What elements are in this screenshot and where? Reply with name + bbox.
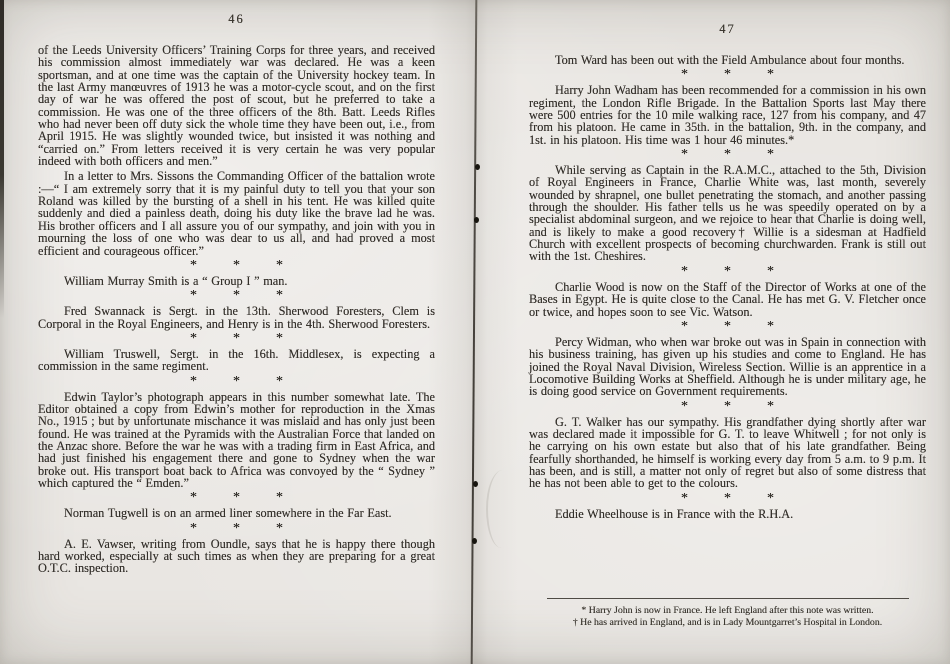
asterisk-separator: *** [38,261,435,271]
asterisk-icon: * [233,493,240,503]
footnote: † He has arrived in England, and is in L… [529,617,926,629]
asterisk-icon: * [276,377,283,387]
scan-edge-artifact [0,0,4,318]
paragraph: A. E. Vawser, writing from Oundle, says … [38,538,435,575]
binding-dot [474,217,479,223]
asterisk-separator: *** [529,322,926,332]
asterisk-icon: * [276,524,283,534]
asterisk-separator: *** [529,267,926,277]
asterisk-icon: * [724,267,731,277]
book-gutter-line [471,0,478,664]
page-number: 46 [38,12,435,27]
asterisk-icon: * [681,494,688,504]
asterisk-separator: *** [38,334,435,344]
asterisk-icon: * [233,261,240,271]
paragraph: William Murray Smith is a “ Group I ” ma… [38,275,435,287]
asterisk-separator: *** [38,493,435,503]
asterisk-icon: * [767,494,774,504]
asterisk-separator: *** [38,377,435,387]
footnote-rule [547,598,909,599]
binding-dot [475,164,480,170]
paragraph: Edwin Taylor’s photograph appears in thi… [38,391,435,490]
asterisk-icon: * [190,493,197,503]
asterisk-icon: * [767,322,774,332]
paragraph: Percy Widman, who when war broke out was… [529,336,926,398]
asterisk-separator: *** [529,402,926,412]
paragraph: Fred Swannack is Sergt. in the 13th. She… [38,305,435,330]
asterisk-icon: * [681,150,688,160]
footnote: * Harry John is now in France. He left E… [529,605,926,617]
asterisk-icon: * [767,70,774,80]
asterisk-icon: * [767,267,774,277]
paragraph: Tom Ward has been out with the Field Amb… [529,54,926,66]
asterisk-icon: * [276,291,283,301]
asterisk-separator: *** [38,291,435,301]
asterisk-icon: * [190,291,197,301]
paragraph: of the Leeds University Officers’ Traini… [38,44,435,167]
paragraph: While serving as Captain in the R.A.M.C.… [529,164,926,263]
asterisk-icon: * [681,267,688,277]
footnotes: * Harry John is now in France. He left E… [529,598,926,628]
scan-smudge [486,470,514,548]
asterisk-icon: * [724,70,731,80]
paragraph: Norman Tugwell is on an armed liner some… [38,507,435,519]
asterisk-icon: * [190,377,197,387]
asterisk-icon: * [276,334,283,344]
asterisk-icon: * [724,494,731,504]
asterisk-icon: * [724,402,731,412]
paragraph: Harry John Wadham has been recommended f… [529,84,926,146]
asterisk-icon: * [681,322,688,332]
asterisk-icon: * [190,524,197,534]
asterisk-separator: *** [38,524,435,534]
asterisk-icon: * [767,402,774,412]
binding-dot [472,538,477,544]
page-body: of the Leeds University Officers’ Traini… [38,44,435,575]
paragraph: William Truswell, Sergt. in the 16th. Mi… [38,348,435,373]
asterisk-icon: * [233,524,240,534]
paragraph: Charlie Wood is now on the Staff of the … [529,281,926,318]
asterisk-icon: * [276,493,283,503]
asterisk-icon: * [190,334,197,344]
binding-dot [473,481,478,487]
book-spread: 46 of the Leeds University Officers’ Tra… [0,0,950,664]
asterisk-icon: * [767,150,774,160]
asterisk-separator: *** [529,494,926,504]
asterisk-icon: * [276,261,283,271]
page-body: Tom Ward has been out with the Field Amb… [529,54,926,520]
asterisk-icon: * [233,334,240,344]
asterisk-separator: *** [529,150,926,160]
page-46: 46 of the Leeds University Officers’ Tra… [38,12,435,578]
asterisk-icon: * [681,402,688,412]
asterisk-icon: * [190,261,197,271]
page-number: 47 [529,22,926,37]
page-47: 47 Tom Ward has been out with the Field … [529,22,926,652]
paragraph: Eddie Wheelhouse is in France with the R… [529,508,926,520]
asterisk-icon: * [724,322,731,332]
asterisk-separator: *** [529,70,926,80]
asterisk-icon: * [233,291,240,301]
paragraph: In a letter to Mrs. Sissons the Commandi… [38,170,435,256]
asterisk-icon: * [681,70,688,80]
paragraph: G. T. Walker has our sympathy. His grand… [529,416,926,490]
asterisk-icon: * [724,150,731,160]
asterisk-icon: * [233,377,240,387]
